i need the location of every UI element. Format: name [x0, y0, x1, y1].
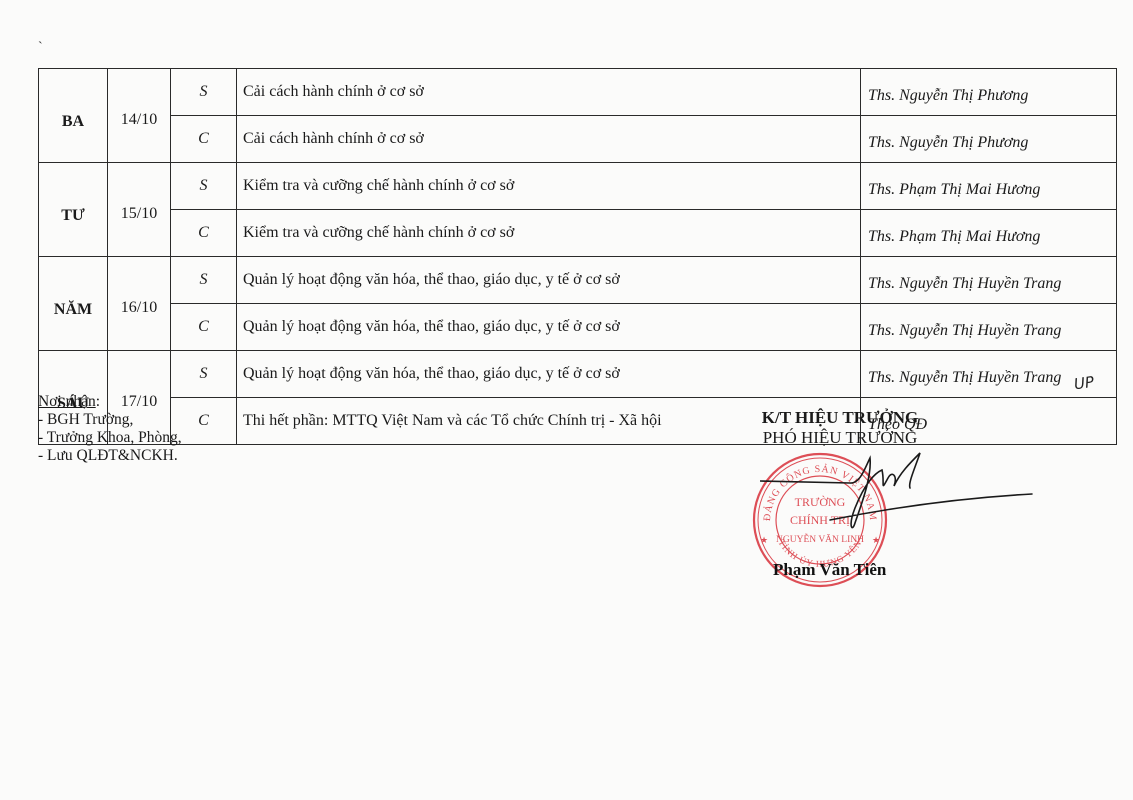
day-cell: TƯ [39, 163, 108, 257]
subject-cell: Kiểm tra và cưỡng chế hành chính ở cơ sở [237, 210, 861, 257]
initials-mark: UP [1073, 373, 1095, 394]
subject-cell: Cải cách hành chính ở cơ sở [237, 69, 861, 116]
subject-cell: Kiểm tra và cưỡng chế hành chính ở cơ sở [237, 163, 861, 210]
lecturer-cell: Ths. Nguyễn Thị Huyền Trang [861, 257, 1117, 304]
date-cell: 15/10 [108, 163, 171, 257]
table-row: CCải cách hành chính ở cơ sởThs. Nguyễn … [39, 116, 1117, 163]
signature-block: K/T HIỆU TRƯỞNG PHÓ HIỆU TRƯỞNG [740, 408, 940, 448]
table-row: SÁU17/10SQuản lý hoạt động văn hóa, thể … [39, 351, 1117, 398]
day-cell: BA [39, 69, 108, 163]
session-cell: C [171, 210, 237, 257]
lecturer-cell: Ths. Phạm Thị Mai Hương [861, 163, 1117, 210]
subject-cell: Quản lý hoạt động văn hóa, thể thao, giá… [237, 304, 861, 351]
schedule-body: BA14/10SCải cách hành chính ở cơ sởThs. … [39, 69, 1117, 445]
subject-cell: Quản lý hoạt động văn hóa, thể thao, giá… [237, 351, 861, 398]
session-cell: S [171, 69, 237, 116]
signature-title-primary: K/T HIỆU TRƯỞNG [740, 408, 940, 428]
lecturer-cell: Ths. Phạm Thị Mai Hương [861, 210, 1117, 257]
schedule-table: BA14/10SCải cách hành chính ở cơ sởThs. … [38, 68, 1117, 445]
stray-mark: ` [38, 40, 43, 56]
recipient-item: - Lưu QLĐT&NCKH. [38, 447, 182, 465]
session-cell: S [171, 257, 237, 304]
signer-name: Phạm Văn Tiên [773, 560, 886, 580]
table-row: NĂM16/10SQuản lý hoạt động văn hóa, thể … [39, 257, 1117, 304]
recipient-item: - BGH Trường, [38, 411, 182, 429]
table-row: CThi hết phần: MTTQ Việt Nam và các Tổ c… [39, 398, 1117, 445]
date-cell: 14/10 [108, 69, 171, 163]
table-row: CKiểm tra và cưỡng chế hành chính ở cơ s… [39, 210, 1117, 257]
session-cell: C [171, 304, 237, 351]
subject-cell: Cải cách hành chính ở cơ sở [237, 116, 861, 163]
session-cell: S [171, 163, 237, 210]
table-row: CQuản lý hoạt động văn hóa, thể thao, gi… [39, 304, 1117, 351]
recipients-title: Nơi nhận [38, 393, 96, 410]
table-row: BA14/10SCải cách hành chính ở cơ sởThs. … [39, 69, 1117, 116]
day-cell: NĂM [39, 257, 108, 351]
handwritten-signature-icon [760, 448, 1040, 558]
signature-title-secondary: PHÓ HIỆU TRƯỞNG [740, 428, 940, 448]
recipient-item: - Trưởng Khoa, Phòng, [38, 429, 182, 447]
recipients-title-suffix: : [96, 393, 100, 410]
table-row: TƯ15/10SKiểm tra và cưỡng chế hành chính… [39, 163, 1117, 210]
recipients-block: Nơi nhận: - BGH Trường, - Trưởng Khoa, P… [38, 393, 182, 465]
date-cell: 16/10 [108, 257, 171, 351]
recipients-heading: Nơi nhận: [38, 393, 182, 411]
subject-cell: Quản lý hoạt động văn hóa, thể thao, giá… [237, 257, 861, 304]
lecturer-cell: Ths. Nguyễn Thị Huyền Trang [861, 304, 1117, 351]
session-cell: C [171, 116, 237, 163]
session-cell: S [171, 351, 237, 398]
lecturer-cell: Ths. Nguyễn Thị Phương [861, 69, 1117, 116]
lecturer-cell: Ths. Nguyễn Thị Phương [861, 116, 1117, 163]
